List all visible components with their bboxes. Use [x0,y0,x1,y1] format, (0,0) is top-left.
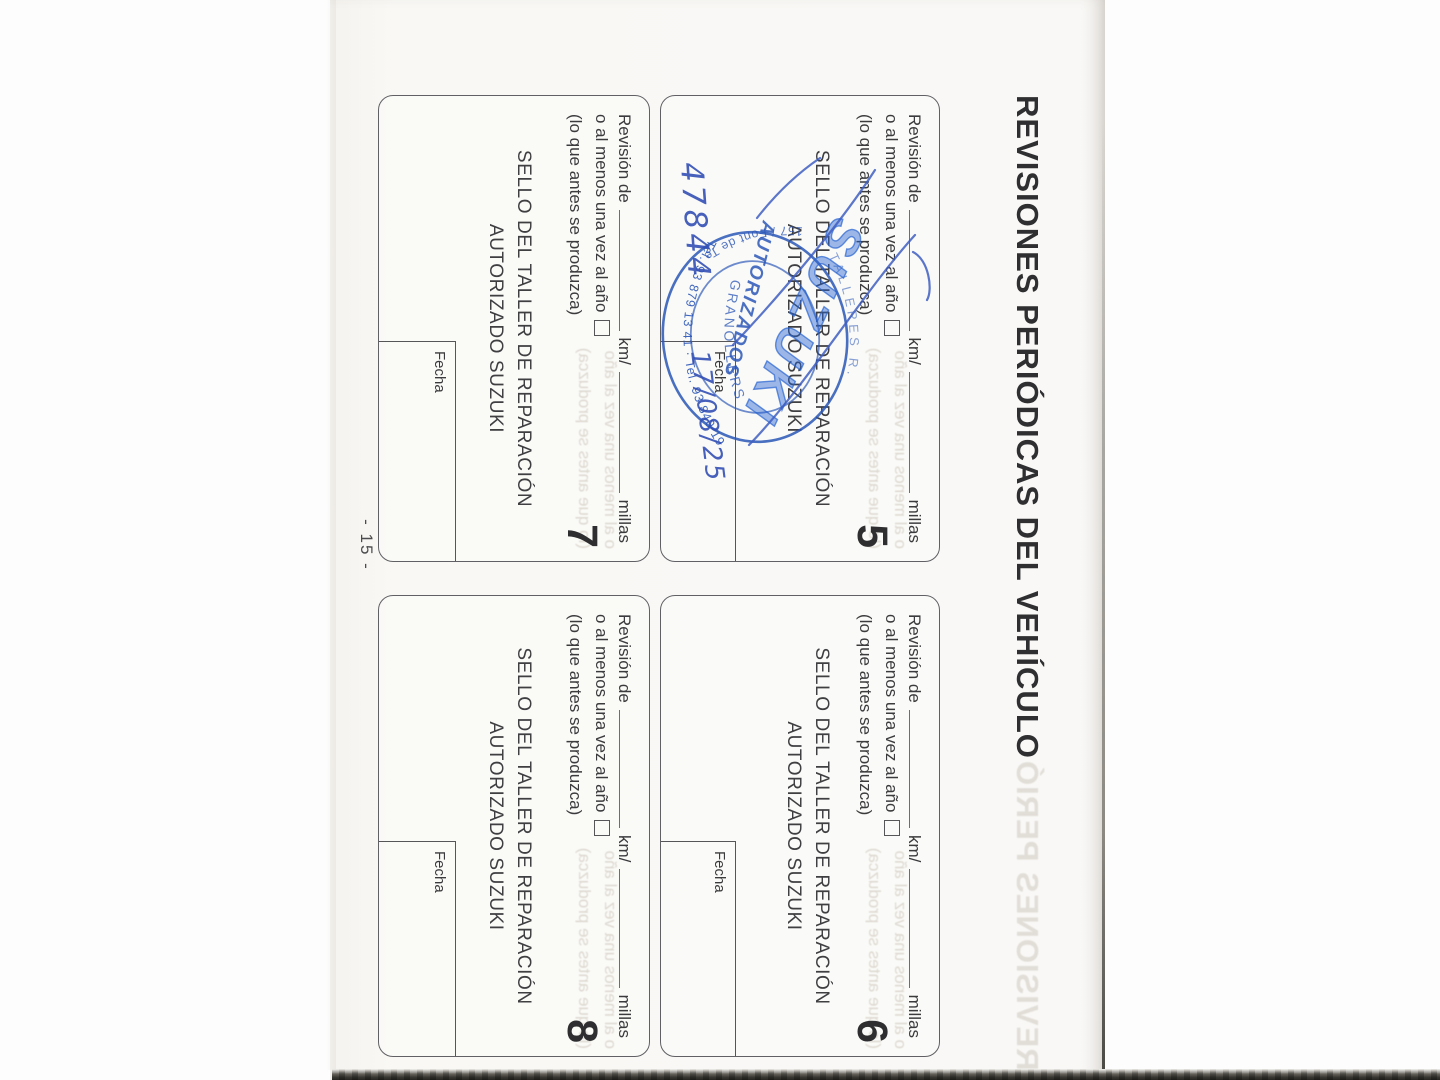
millas-blank-field [619,372,638,493]
revision-number: 8 [560,1019,603,1043]
revision-line: Revisión dekm/millas [904,614,928,1038]
checkbox-icon [594,820,610,836]
fecha-cell: Fecha [661,841,736,1056]
sello-label: SELLO DEL TALLER DE REPARACIÓNAUTORIZADO… [779,596,835,1056]
fecha-label: Fecha [711,851,728,893]
revision-number: 6 [850,1019,893,1043]
fecha-label: Fecha [431,351,448,393]
fecha-cell: Fecha [379,341,456,561]
millas-blank-field [619,869,638,987]
once-a-year-line: o al menos una vez al año [591,114,611,336]
booklet-photo: REVISIONES PERIÓDICAS DEL VEHÍCULO REVIS… [0,0,1440,1080]
whichever-first-line: (lo que antes se produzca) [855,614,875,815]
millas-blank-field [909,869,928,987]
page-left-shade [326,0,336,1070]
revision-line: Revisión dekm/millas [614,614,638,1038]
revision-box-8: o al menos una vez al año(lo que antes s… [378,595,650,1057]
checkbox-icon [884,820,900,836]
revision-number: 7 [560,524,603,548]
page-title: REVISIONES PERIÓDICAS DEL VEHÍCULO [1009,95,1045,759]
fecha-label: Fecha [431,851,448,893]
page-number: - 15 - [356,495,376,595]
whichever-first-line: (lo que antes se produzca) [565,614,585,815]
page-edge-line [1102,120,1105,1070]
km-blank-field [619,710,638,828]
fecha-cell: Fecha [379,841,456,1056]
sello-label: SELLO DEL TALLER DE REPARACIÓNAUTORIZADO… [481,96,537,561]
booklet-pages-edge [332,1069,1440,1080]
ghost-showthrough-title: REVISIONES PERIÓ [1009,760,1045,1071]
revision-box-6: o al menos una vez al año(lo que antes s… [660,595,940,1057]
once-a-year-line: o al menos una vez al año [881,614,901,836]
checkbox-icon [594,320,610,336]
once-a-year-line: o al menos una vez al año [591,614,611,836]
revision-line: Revisión dekm/millas [614,114,638,543]
km-blank-field [909,710,928,828]
whichever-first-line: (lo que antes se produzca) [565,114,585,315]
km-blank-field [619,210,638,331]
revision-box-7: o al menos una vez al año(lo que antes s… [378,95,650,562]
booklet-page: REVISIONES PERIÓDICAS DEL VEHÍCULO REVIS… [330,0,1105,1080]
sello-label: SELLO DEL TALLER DE REPARACIÓNAUTORIZADO… [481,596,537,1056]
